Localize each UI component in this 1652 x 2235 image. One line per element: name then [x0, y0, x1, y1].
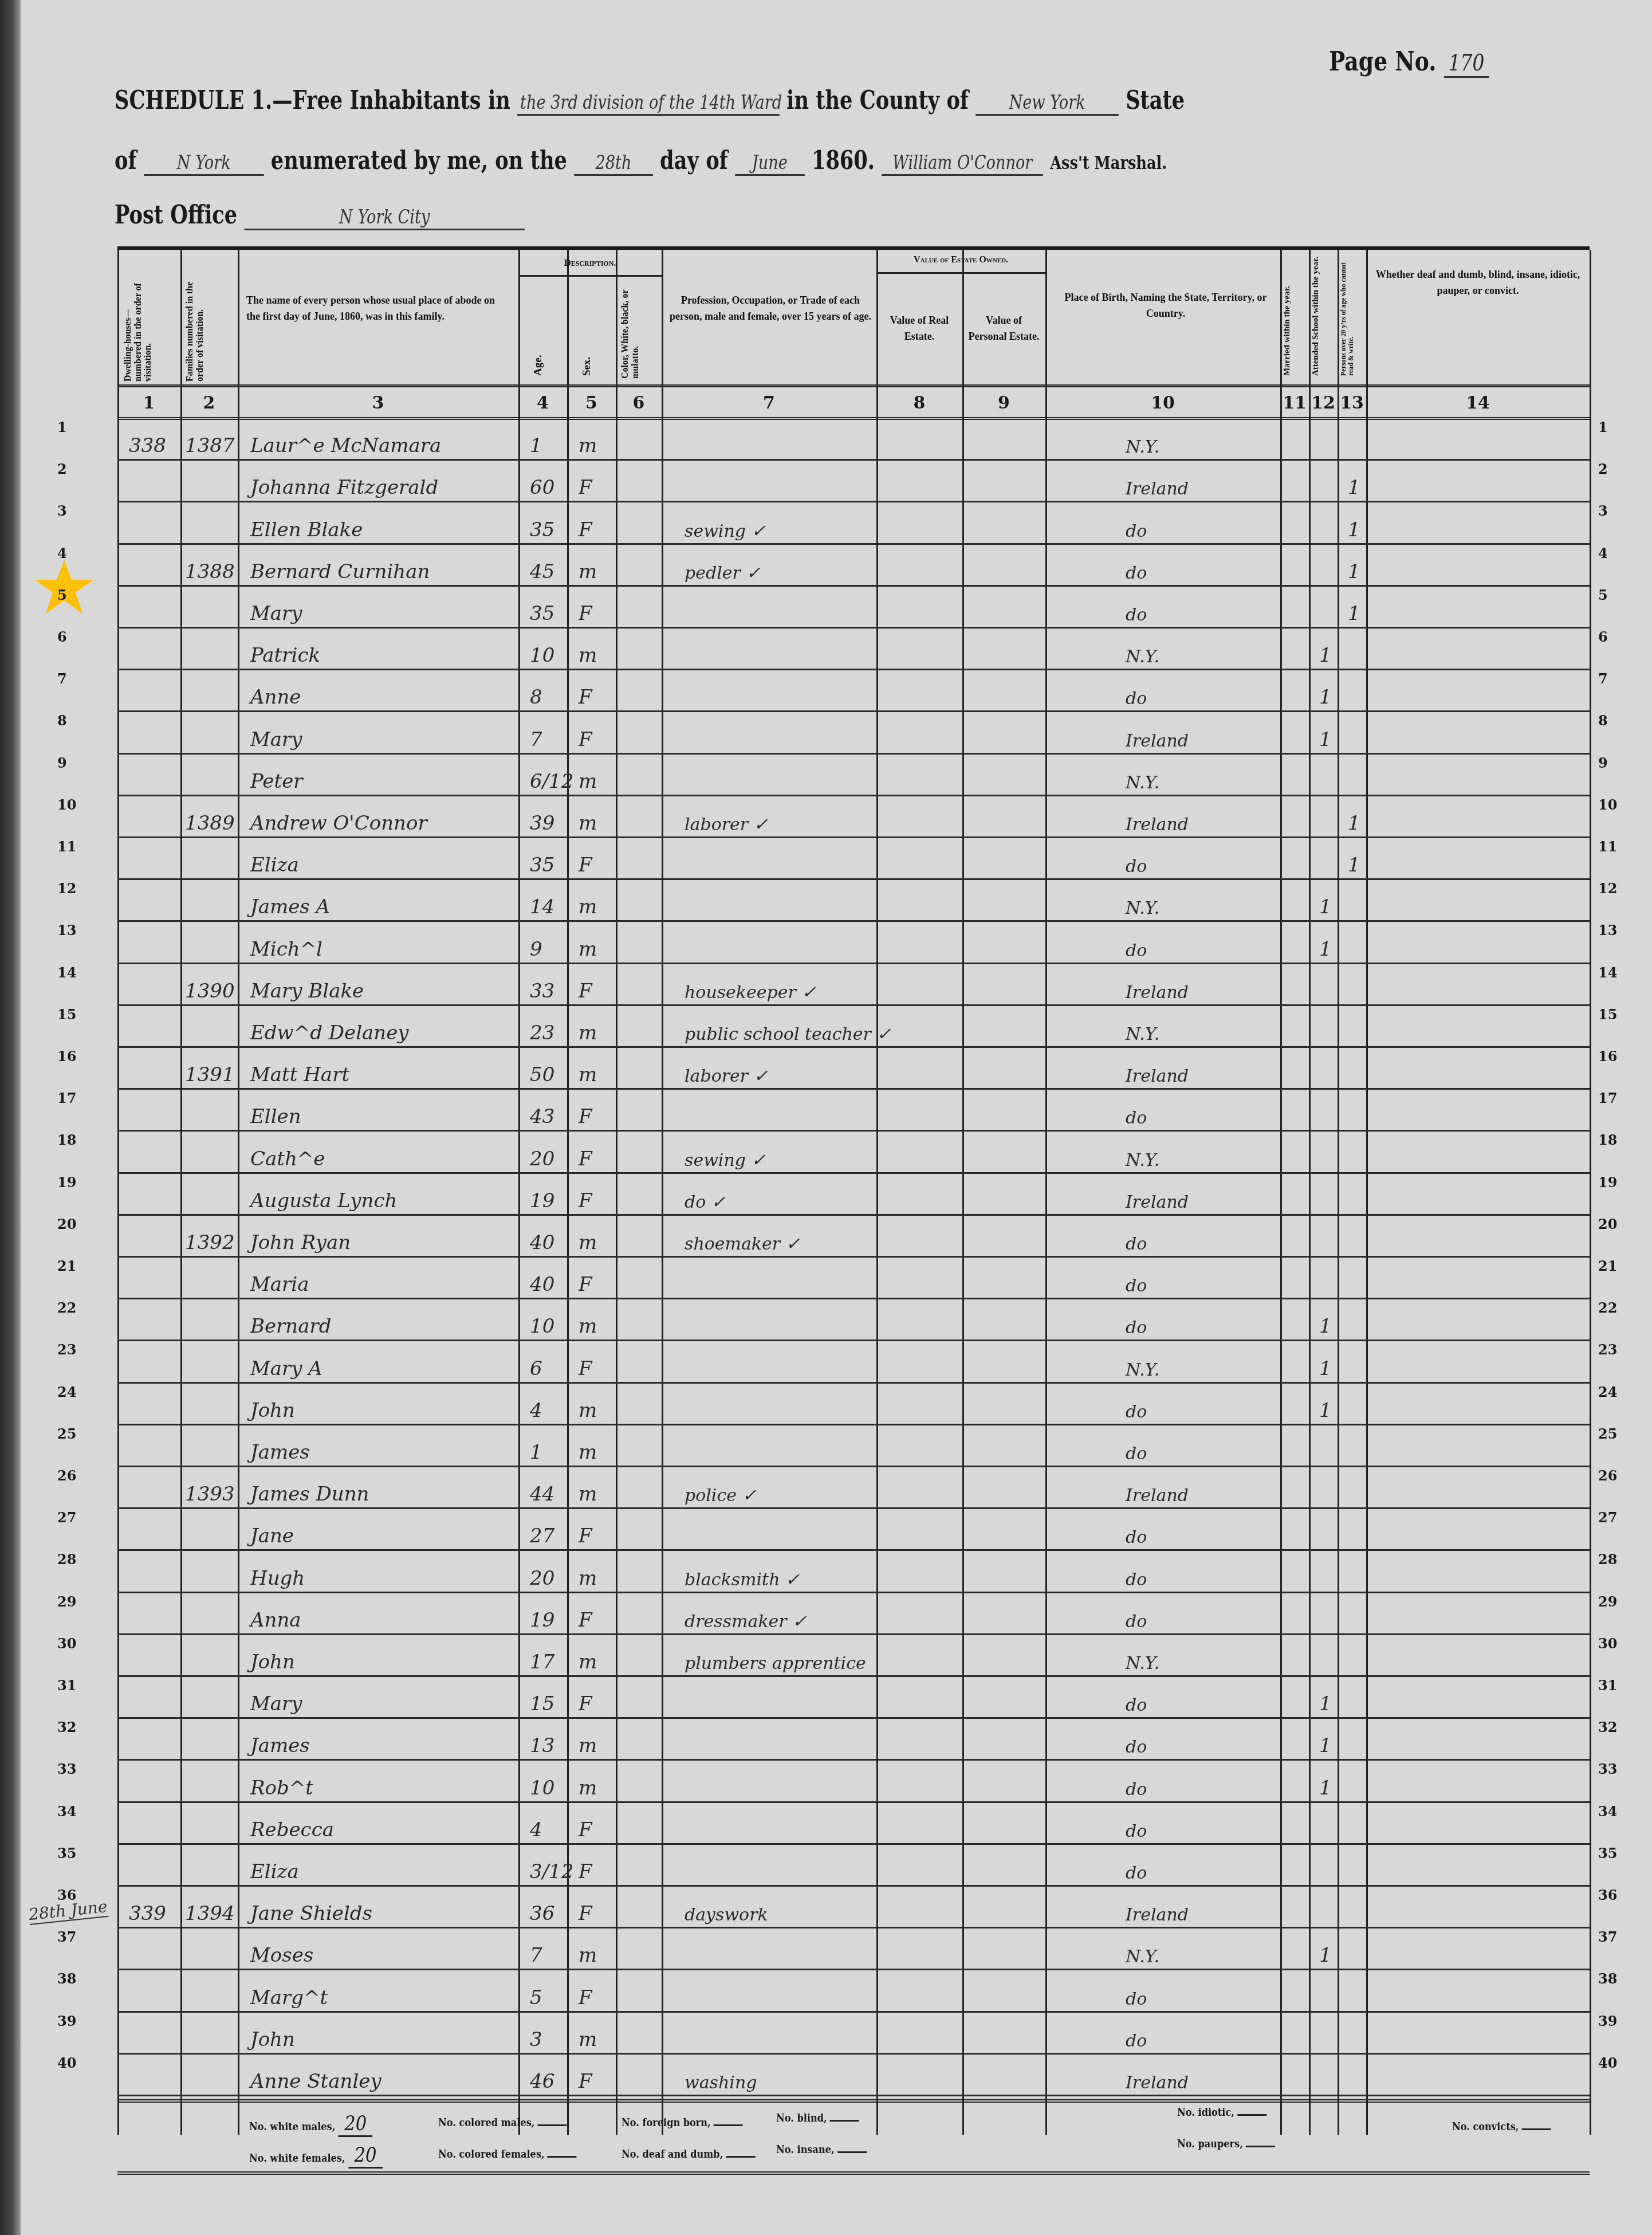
- cannot-read-mark: 1: [1348, 476, 1360, 499]
- birthplace: do: [1126, 563, 1147, 583]
- age: 6: [530, 1357, 542, 1380]
- col-12-header: Attended School within the year.: [1311, 253, 1335, 376]
- table-row: 1818Cath^e20Fsewing ✓N.Y.: [117, 1132, 1590, 1173]
- line-number: 19: [57, 1174, 76, 1191]
- line-number: 7: [57, 670, 67, 687]
- line-number: 27: [1598, 1509, 1617, 1526]
- table-row: 441388Bernard Curnihan45mpedler ✓do1: [117, 545, 1590, 587]
- line-number: 39: [1598, 2013, 1617, 2029]
- table-row: 22Johanna Fitzgerald60FIreland1: [117, 461, 1590, 502]
- table-row: 3737Moses7mN.Y.1: [117, 1928, 1590, 1970]
- table-row: 3434Rebecca4Fdo: [117, 1803, 1590, 1845]
- line-number: 5: [1598, 587, 1608, 603]
- table-row: 2828Hugh20mblacksmith ✓do: [117, 1551, 1590, 1593]
- table-row: 2525James1mdo: [117, 1425, 1590, 1467]
- person-name: Mich^l: [250, 938, 322, 961]
- post-office-field: N York City: [244, 206, 525, 230]
- dwelling-number: 339: [129, 1902, 166, 1925]
- line-number: 24: [57, 1384, 76, 1400]
- person-name: Johanna Fitzgerald: [250, 476, 438, 499]
- birthplace: do: [1126, 1402, 1147, 1422]
- sex: F: [579, 980, 592, 1003]
- line-number: 4: [1598, 545, 1608, 561]
- sex: F: [579, 1986, 592, 2009]
- line-number: 21: [1598, 1258, 1617, 1274]
- person-name: James: [250, 1441, 310, 1464]
- age: 23: [530, 1022, 554, 1044]
- birthplace: do: [1126, 689, 1147, 709]
- sex: F: [579, 602, 592, 625]
- cannot-read-mark: 1: [1348, 812, 1360, 835]
- line-number: 4: [57, 545, 67, 561]
- cannot-read-mark: 1: [1348, 519, 1360, 541]
- line-number: 35: [1598, 1845, 1617, 1861]
- birthplace: do: [1126, 1570, 1147, 1590]
- age: 35: [530, 519, 554, 541]
- summary-white-males: No. white males, 20: [249, 2112, 372, 2137]
- table-row: 3535Eliza3/12Fdo: [117, 1845, 1590, 1887]
- sex: m: [579, 1063, 597, 1086]
- line-number: 11: [57, 838, 76, 855]
- line-number: 29: [1598, 1593, 1617, 1610]
- table-row: 3939John3mdo: [117, 2013, 1590, 2055]
- sex: m: [579, 434, 597, 457]
- birthplace: Ireland: [1126, 815, 1189, 835]
- occupation: plumbers apprentice: [685, 1653, 866, 1674]
- estate-group-header: Value of Estate Owned.: [876, 253, 1045, 274]
- line-number: 38: [57, 1970, 76, 1987]
- schedule-header-line-2: of N York enumerated by me, on the 28th …: [115, 146, 1167, 176]
- age: 60: [530, 476, 554, 499]
- person-name: Mary A: [250, 1357, 322, 1380]
- sex: m: [579, 644, 597, 667]
- birthplace: Ireland: [1126, 479, 1189, 499]
- col-11-header: Married within the year.: [1283, 253, 1307, 376]
- occupation: do ✓: [685, 1192, 726, 1212]
- person-name: Moses: [250, 1944, 313, 1967]
- sex: m: [579, 560, 597, 583]
- summary-blind: No. blind,: [776, 2112, 859, 2124]
- person-name: Jane Shields: [250, 1902, 372, 1925]
- occupation: housekeeper ✓: [685, 983, 816, 1003]
- table-row: 1919Augusta Lynch19Fdo ✓Ireland: [117, 1174, 1590, 1216]
- school-mark: 1: [1319, 728, 1332, 751]
- family-number: 1392: [185, 1231, 235, 1254]
- table-row: 3131Mary15Fdo1: [117, 1677, 1590, 1719]
- line-number: 18: [1598, 1132, 1617, 1148]
- occupation: public school teacher ✓: [685, 1024, 891, 1044]
- occupation: dressmaker ✓: [685, 1612, 807, 1632]
- age: 3/12: [530, 1860, 573, 1883]
- birthplace: do: [1126, 857, 1147, 877]
- line-number: 34: [1598, 1803, 1617, 1820]
- col-3-header: The name of every person whose usual pla…: [246, 293, 510, 325]
- age: 5: [530, 1986, 542, 2009]
- school-mark: 1: [1319, 644, 1332, 667]
- cannot-read-mark: 1: [1348, 560, 1360, 583]
- family-number: 1394: [185, 1902, 235, 1925]
- person-name: Mary: [250, 602, 302, 625]
- marshal-field: William O'Connor: [882, 151, 1043, 176]
- occupation: shoemaker ✓: [685, 1234, 800, 1254]
- sex: F: [579, 854, 592, 877]
- birthplace: do: [1126, 1737, 1147, 1757]
- line-number: 12: [1598, 880, 1617, 897]
- line-number: 12: [57, 880, 76, 897]
- age: 6/12: [530, 770, 573, 793]
- line-number: 31: [57, 1677, 76, 1694]
- family-number: 1393: [185, 1483, 235, 1506]
- line-number: 23: [1598, 1341, 1617, 1358]
- line-number: 14: [1598, 964, 1617, 981]
- table-row: 1212James A14mN.Y.1: [117, 880, 1590, 922]
- person-name: Andrew O'Connor: [250, 812, 427, 835]
- birthplace: Ireland: [1126, 1066, 1189, 1086]
- line-number: 20: [57, 1216, 76, 1232]
- line-number: 1: [57, 419, 67, 435]
- person-name: Peter: [250, 770, 303, 793]
- age: 33: [530, 980, 554, 1003]
- table-row: 113381387Laur^e McNamara1mN.Y.: [117, 419, 1590, 461]
- age: 13: [530, 1734, 554, 1757]
- birthplace: do: [1126, 1444, 1147, 1464]
- sex: m: [579, 1567, 597, 1590]
- birthplace: Ireland: [1126, 1192, 1189, 1212]
- occupation: laborer ✓: [685, 1066, 768, 1086]
- line-number: 8: [1598, 712, 1608, 729]
- person-name: Bernard Curnihan: [250, 560, 430, 583]
- birthplace: do: [1126, 1234, 1147, 1254]
- age: 35: [530, 854, 554, 877]
- month-field: June: [735, 151, 805, 176]
- person-name: Marg^t: [250, 1986, 328, 2009]
- dwelling-number: 338: [129, 434, 166, 457]
- post-office-line: Post Office N York City: [115, 201, 525, 230]
- age: 10: [530, 1777, 554, 1800]
- table-row: 1515Edw^d Delaney23mpublic school teache…: [117, 1006, 1590, 1048]
- sex: m: [579, 2028, 597, 2051]
- birthplace: do: [1126, 521, 1147, 541]
- age: 50: [530, 1063, 554, 1086]
- table-row: 36363391394Jane Shields36FdaysworkIrelan…: [117, 1887, 1590, 1928]
- sex: F: [579, 1902, 592, 1925]
- age: 20: [530, 1567, 554, 1590]
- birthplace: do: [1126, 1863, 1147, 1883]
- age: 14: [530, 895, 554, 918]
- line-number: 7: [1598, 670, 1608, 687]
- line-number: 31: [1598, 1677, 1617, 1694]
- line-number: 23: [57, 1341, 76, 1358]
- table-row: 3838Marg^t5Fdo: [117, 1970, 1590, 2012]
- line-number: 38: [1598, 1970, 1617, 1987]
- person-name: Maria: [250, 1273, 309, 1296]
- summary-paupers: No. paupers,: [1177, 2138, 1275, 2150]
- line-number: 27: [57, 1509, 76, 1526]
- age: 1: [530, 1441, 542, 1464]
- table-row: 2727Jane27Fdo: [117, 1509, 1590, 1551]
- col-7-header: Profession, Occupation, or Trade of each…: [667, 293, 874, 325]
- table-row: 77Anne8Fdo1: [117, 670, 1590, 712]
- person-name: James Dunn: [250, 1483, 369, 1506]
- sex: m: [579, 770, 597, 793]
- county-field: New York: [976, 91, 1119, 116]
- person-name: James: [250, 1734, 310, 1757]
- page-number-value: 170: [1444, 50, 1489, 78]
- table-row: 3030John17mplumbers apprenticeN.Y.: [117, 1635, 1590, 1677]
- line-number: 9: [57, 755, 67, 771]
- age: 19: [530, 1609, 554, 1632]
- birthplace: N.Y.: [1126, 1653, 1159, 1674]
- sex: F: [579, 1189, 592, 1212]
- line-number: 18: [57, 1132, 76, 1148]
- summary-deaf-dumb: No. deaf and dumb,: [622, 2148, 755, 2161]
- occupation: sewing ✓: [685, 521, 766, 541]
- line-number: 11: [1598, 838, 1617, 855]
- person-name: Matt Hart: [250, 1063, 349, 1086]
- sex: F: [579, 1357, 592, 1380]
- school-mark: 1: [1319, 1357, 1332, 1380]
- table-row: 55Mary35Fdo1: [117, 587, 1590, 629]
- birthplace: Ireland: [1126, 1905, 1189, 1925]
- col-1-header: Dwelling-houses— numbered in the order o…: [123, 267, 178, 382]
- birthplace: do: [1126, 2031, 1147, 2051]
- age: 36: [530, 1902, 554, 1925]
- age: 15: [530, 1692, 554, 1715]
- line-number: 28: [57, 1551, 76, 1568]
- school-mark: 1: [1319, 1315, 1332, 1338]
- person-name: Patrick: [250, 644, 320, 667]
- line-number: 16: [1598, 1048, 1617, 1065]
- margin-date-note: 28th June: [28, 1897, 109, 1925]
- sex: F: [579, 2070, 592, 2093]
- age: 39: [530, 812, 554, 835]
- birthplace: do: [1126, 941, 1147, 961]
- age: 19: [530, 1189, 554, 1212]
- line-number: 2: [57, 461, 67, 477]
- summary-convicts: No. convicts,: [1452, 2120, 1551, 2133]
- sex: m: [579, 812, 597, 835]
- sex: F: [579, 1273, 592, 1296]
- person-name: John Ryan: [250, 1231, 351, 1254]
- line-number: 5: [57, 587, 67, 603]
- sex: F: [579, 728, 592, 751]
- family-number: 1390: [185, 980, 235, 1003]
- birthplace: do: [1126, 1695, 1147, 1715]
- occupation: pedler ✓: [685, 563, 761, 583]
- col-10-header: Place of Birth, Naming the State, Territ…: [1057, 290, 1275, 322]
- line-number: 25: [57, 1425, 76, 1442]
- age: 17: [530, 1651, 554, 1674]
- day-field: 28th: [574, 151, 653, 176]
- summary-foreign-born: No. foreign born,: [622, 2116, 743, 2129]
- person-name: Mary: [250, 1692, 302, 1715]
- person-name: Ellen Blake: [250, 519, 363, 541]
- person-name: Cath^e: [250, 1148, 325, 1170]
- table-row: 3333Rob^t10mdo1: [117, 1761, 1590, 1802]
- line-number: 36: [1598, 1887, 1617, 1903]
- col-6-header: Color, White, black, or mulatto.: [620, 287, 658, 379]
- school-mark: 1: [1319, 1734, 1332, 1757]
- sex: m: [579, 1441, 597, 1464]
- birthplace: do: [1126, 605, 1147, 625]
- occupation: police ✓: [685, 1486, 757, 1506]
- age: 27: [530, 1525, 554, 1547]
- line-number: 28: [1598, 1551, 1617, 1568]
- line-number: 17: [1598, 1090, 1617, 1106]
- table-row: 4040Anne Stanley46FwashingIreland: [117, 2055, 1590, 2096]
- age: 3: [530, 2028, 542, 2051]
- line-number: 22: [57, 1299, 76, 1316]
- table-row: 2222Bernard10mdo1: [117, 1299, 1590, 1341]
- person-name: Edw^d Delaney: [250, 1022, 409, 1044]
- person-name: Rebecca: [250, 1818, 334, 1841]
- age: 44: [530, 1483, 554, 1506]
- sex: m: [579, 1651, 597, 1674]
- birthplace: Ireland: [1126, 2073, 1189, 2093]
- col-2-header: Families numbered in the order of visita…: [185, 267, 234, 382]
- age: 46: [530, 2070, 554, 2093]
- age: 40: [530, 1273, 554, 1296]
- sex: F: [579, 1692, 592, 1715]
- age: 45: [530, 560, 554, 583]
- line-number: 21: [57, 1258, 76, 1274]
- sex: m: [579, 1399, 597, 1422]
- line-number: 15: [57, 1006, 76, 1023]
- age: 40: [530, 1231, 554, 1254]
- cannot-read-mark: 1: [1348, 602, 1360, 625]
- person-name: Eliza: [250, 1860, 299, 1883]
- age: 10: [530, 1315, 554, 1338]
- line-number: 10: [1598, 796, 1617, 813]
- table-row: 1111Eliza35Fdo1: [117, 838, 1590, 880]
- line-number: 30: [1598, 1635, 1617, 1652]
- person-name: Laur^e McNamara: [250, 434, 441, 457]
- birthplace: do: [1126, 1318, 1147, 1338]
- school-mark: 1: [1319, 895, 1332, 918]
- line-number: 25: [1598, 1425, 1617, 1442]
- age: 4: [530, 1399, 542, 1422]
- birthplace: N.Y.: [1126, 437, 1159, 457]
- cannot-read-mark: 1: [1348, 854, 1360, 877]
- birthplace: N.Y.: [1126, 1947, 1159, 1967]
- person-name: Augusta Lynch: [250, 1189, 397, 1212]
- school-mark: 1: [1319, 1399, 1332, 1422]
- summary-idiotic: No. idiotic,: [1177, 2106, 1266, 2119]
- age: 43: [530, 1105, 554, 1128]
- person-name: Anne Stanley: [250, 2070, 381, 2093]
- birthplace: do: [1126, 1276, 1147, 1296]
- person-name: John: [250, 1399, 295, 1422]
- table-row: 26261393James Dunn44mpolice ✓Ireland: [117, 1467, 1590, 1509]
- occupation: sewing ✓: [685, 1150, 766, 1170]
- summary-insane: No. insane,: [776, 2143, 867, 2156]
- sex: F: [579, 519, 592, 541]
- age: 7: [530, 728, 542, 751]
- line-number: 9: [1598, 755, 1608, 771]
- line-number: 26: [57, 1467, 76, 1484]
- page-number: Page No. 170: [1329, 46, 1489, 77]
- sex: F: [579, 476, 592, 499]
- birthplace: do: [1126, 1989, 1147, 2009]
- scan-binding-edge: [0, 0, 21, 2235]
- school-mark: 1: [1319, 1692, 1332, 1715]
- person-name: Mary: [250, 728, 302, 751]
- person-name: Hugh: [250, 1567, 305, 1590]
- table-row: 16161391Matt Hart50mlaborer ✓Ireland: [117, 1048, 1590, 1090]
- summary-colored-females: No. colored females,: [438, 2148, 577, 2161]
- line-number: 33: [57, 1761, 76, 1777]
- person-name: Bernard: [250, 1315, 332, 1338]
- line-number: 40: [57, 2055, 76, 2071]
- table-row: 2929Anna19Fdressmaker ✓do: [117, 1593, 1590, 1635]
- col-5-header: Sex.: [581, 336, 604, 376]
- age: 8: [530, 686, 542, 709]
- line-number: 35: [57, 1845, 76, 1861]
- school-mark: 1: [1319, 938, 1332, 961]
- occupation: dayswork: [685, 1905, 768, 1925]
- age: 20: [530, 1148, 554, 1170]
- birthplace: Ireland: [1126, 1486, 1189, 1506]
- person-name: Rob^t: [250, 1777, 313, 1800]
- col-4-header: Age.: [533, 336, 556, 376]
- sex: m: [579, 938, 597, 961]
- birthplace: N.Y.: [1126, 898, 1159, 918]
- table-row: 88Mary7FIreland1: [117, 712, 1590, 754]
- line-number: 20: [1598, 1216, 1617, 1232]
- sex: m: [579, 1483, 597, 1506]
- person-name: John: [250, 1651, 295, 1674]
- line-number: 39: [57, 2013, 76, 2029]
- person-name: Eliza: [250, 854, 299, 877]
- birthplace: do: [1126, 1527, 1147, 1547]
- school-mark: 1: [1319, 1944, 1332, 1967]
- school-mark: 1: [1319, 1777, 1332, 1800]
- sex: F: [579, 1818, 592, 1841]
- family-number: 1389: [185, 812, 235, 835]
- line-number: 16: [57, 1048, 76, 1065]
- occupation: blacksmith ✓: [685, 1570, 800, 1590]
- table-bottom-rule: [117, 2171, 1590, 2175]
- line-number: 29: [57, 1593, 76, 1610]
- family-number: 1388: [185, 560, 235, 583]
- birthplace: do: [1126, 1780, 1147, 1800]
- line-number: 40: [1598, 2055, 1617, 2071]
- birthplace: N.Y.: [1126, 1024, 1159, 1044]
- birthplace: N.Y.: [1126, 773, 1159, 793]
- line-number: 1: [1598, 419, 1608, 435]
- family-number: 1387: [185, 434, 235, 457]
- line-number: 37: [57, 1928, 76, 1945]
- line-number: 14: [57, 964, 76, 981]
- line-number: 24: [1598, 1384, 1617, 1400]
- occupation: laborer ✓: [685, 815, 768, 835]
- person-name: Jane: [250, 1525, 294, 1547]
- state-field: N York: [144, 151, 264, 176]
- sex: m: [579, 895, 597, 918]
- line-number: 26: [1598, 1467, 1617, 1484]
- table-row: 1313Mich^l9mdo1: [117, 922, 1590, 964]
- table-row: 2121Maria40Fdo: [117, 1258, 1590, 1299]
- birthplace: Ireland: [1126, 983, 1189, 1003]
- line-number: 17: [57, 1090, 76, 1106]
- person-name: Mary Blake: [250, 980, 364, 1003]
- line-number: 6: [1598, 629, 1608, 645]
- table-row: 20201392John Ryan40mshoemaker ✓do: [117, 1216, 1590, 1258]
- line-number: 6: [57, 629, 67, 645]
- table-row: 3232James13mdo1: [117, 1719, 1590, 1761]
- person-name: Anne: [250, 686, 301, 709]
- table-row: 66Patrick10mN.Y.1: [117, 629, 1590, 670]
